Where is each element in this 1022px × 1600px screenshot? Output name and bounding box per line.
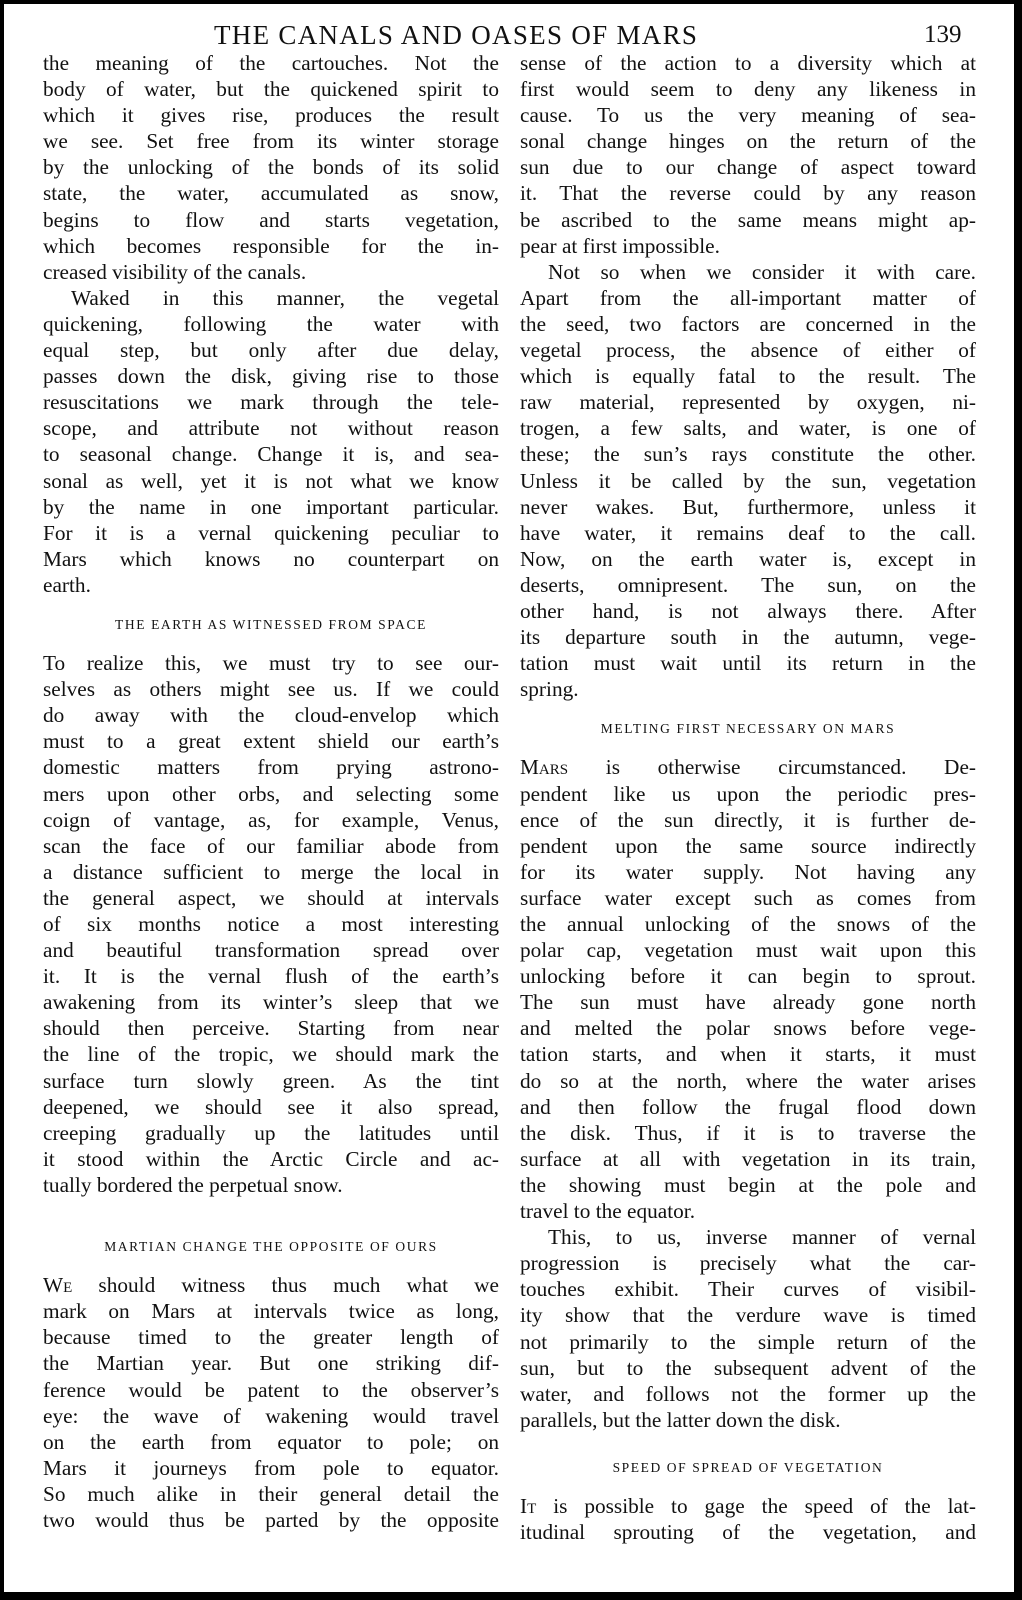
paragraph: sense of the action to a diversity which… — [520, 50, 976, 259]
text-line: sun, but to the subsequent advent of the — [520, 1355, 976, 1381]
text-line: parallels, but the latter down the disk. — [520, 1407, 976, 1433]
text-line: So much alike in their general detail th… — [43, 1481, 499, 1507]
text-line: spring. — [520, 676, 976, 702]
text-line: the disk. Thus, if it is to traverse the — [520, 1120, 976, 1146]
text-line: earth. — [43, 572, 499, 598]
text-line: the Martian year. But one striking dif- — [43, 1350, 499, 1376]
text-line: tually bordered the perpetual snow. — [43, 1172, 499, 1198]
text-line: first would seem to deny any likeness in — [520, 76, 976, 102]
text-line: must to a great extent shield our earth’… — [43, 728, 499, 754]
text-line: Mars which knows no counterpart on — [43, 546, 499, 572]
text-line: water, and follows not the former up the — [520, 1381, 976, 1407]
running-header: THE CANALS AND OASES OF MARS 139 — [4, 18, 1014, 52]
drop-cap-word: Mars — [520, 755, 568, 779]
text-line: to seasonal change. Change it is, and se… — [43, 441, 499, 467]
text-line: creased visibility of the canals. — [43, 259, 499, 285]
text-line: surface turn slowly green. As the tint — [43, 1068, 499, 1094]
text-line: which is equally fatal to the result. Th… — [520, 363, 976, 389]
text-line: by the unlocking of the bonds of its sol… — [43, 154, 499, 180]
text-line: these; the sun’s rays constitute the oth… — [520, 441, 976, 467]
text-line: scope, and attribute not without reason — [43, 415, 499, 441]
paragraph: It is possible to gage the speed of the … — [520, 1493, 976, 1545]
text-line: Waked in this manner, the vegetal — [43, 285, 499, 311]
text-line: by the name in one important particular. — [43, 494, 499, 520]
left-column: the meaning of the cartouches. Not the b… — [43, 50, 499, 1533]
text-line: do so at the north, where the water aris… — [520, 1068, 976, 1094]
text-line: begins to flow and starts vegetation, — [43, 207, 499, 233]
text-line: sun due to our change of aspect toward — [520, 154, 976, 180]
text-line: passes down the disk, giving rise to tho… — [43, 363, 499, 389]
text-line: never wakes. But, furthermore, unless it — [520, 494, 976, 520]
text-line: Apart from the all-important matter of — [520, 285, 976, 311]
running-title: THE CANALS AND OASES OF MARS — [214, 18, 698, 52]
text-line: tation must wait until its return in the — [520, 650, 976, 676]
text-line: vegetal process, the absence of either o… — [520, 337, 976, 363]
text-line: pendent like us upon the periodic pres- — [520, 781, 976, 807]
text-line: mark on Mars at intervals twice as long, — [43, 1298, 499, 1324]
text-line: raw material, represented by oxygen, ni- — [520, 389, 976, 415]
text-line: coign of vantage, as, for example, Venus… — [43, 807, 499, 833]
text-line: surface water except such as comes from — [520, 885, 976, 911]
text-line: progression is precisely what the car- — [520, 1250, 976, 1276]
section-heading: THE EARTH AS WITNESSED FROM SPACE — [43, 612, 499, 638]
text-line: not primarily to the simple return of th… — [520, 1329, 976, 1355]
text-line: This, to us, inverse manner of vernal — [520, 1224, 976, 1250]
text-line: it. That the reverse could by any reason — [520, 180, 976, 206]
paragraph: Not so when we consider it with care. Ap… — [520, 259, 976, 703]
text-line: tation starts, and when it starts, it mu… — [520, 1041, 976, 1067]
text-line: the meaning of the cartouches. Not the — [43, 50, 499, 76]
paragraph: the meaning of the cartouches. Not the b… — [43, 50, 499, 285]
text-line: deserts, omnipresent. The sun, on the — [520, 572, 976, 598]
text-line: of six months notice a most interesting — [43, 911, 499, 937]
text-line: Unless it be called by the sun, vegetati… — [520, 468, 976, 494]
text-line: creeping gradually up the latitudes unti… — [43, 1120, 499, 1146]
text-line: have water, it remains deaf to the call. — [520, 520, 976, 546]
text-line: pendent upon the same source indirectly — [520, 833, 976, 859]
text-line: should then perceive. Starting from near — [43, 1015, 499, 1041]
text-line: polar cap, vegetation must wait upon thi… — [520, 937, 976, 963]
text-line: body of water, but the quickened spirit … — [43, 76, 499, 102]
text-line: eye: the wave of wakening would travel — [43, 1403, 499, 1429]
text-line: be ascribed to the same means might ap- — [520, 207, 976, 233]
text-line: domestic matters from prying astrono- — [43, 754, 499, 780]
text-line: pear at first impossible. — [520, 233, 976, 259]
text-line: the seed, two factors are concerned in t… — [520, 311, 976, 337]
text-line: which becomes responsible for the in- — [43, 233, 499, 259]
text-line: deepened, we should see it also spread, — [43, 1094, 499, 1120]
paragraph: This, to us, inverse manner of vernal pr… — [520, 1224, 976, 1433]
text-line: two would thus be parted by the opposite — [43, 1507, 499, 1533]
text-line: do away with the cloud-envelop which — [43, 702, 499, 728]
text-line: scan the face of our familiar abode from — [43, 833, 499, 859]
text-line: awakening from its winter’s sleep that w… — [43, 989, 499, 1015]
section-heading: MELTING FIRST NECESSARY ON MARS — [520, 716, 976, 742]
text-line: sense of the action to a diversity which… — [520, 50, 976, 76]
page-number: 139 — [924, 18, 962, 52]
text-line: state, the water, accumulated as snow, — [43, 180, 499, 206]
text-line: surface at all with vegetation in its tr… — [520, 1146, 976, 1172]
text-line: its departure south in the autumn, vege- — [520, 624, 976, 650]
text-line: it. It is the vernal flush of the earth’… — [43, 963, 499, 989]
text-line: mers upon other orbs, and selecting some — [43, 781, 499, 807]
document-page: THE CANALS AND OASES OF MARS 139 the mea… — [4, 4, 1014, 1592]
text-line: The sun must have already gone north — [520, 989, 976, 1015]
paragraph: To realize this, we must try to see our-… — [43, 650, 499, 1198]
text-line: sonal change hinges on the return of the — [520, 128, 976, 154]
text-line: We should witness thus much what we — [43, 1272, 499, 1298]
text-line: Not so when we consider it with care. — [520, 259, 976, 285]
text-line: ence of the sun directly, it is further … — [520, 807, 976, 833]
text-line: cause. To us the very meaning of sea- — [520, 102, 976, 128]
paragraph: Waked in this manner, the vegetal quicke… — [43, 285, 499, 598]
text-line: equal step, but only after due delay, — [43, 337, 499, 363]
text-line: resuscitations we mark through the tele- — [43, 389, 499, 415]
paragraph: We should witness thus much what we mark… — [43, 1272, 499, 1533]
text-line: the line of the tropic, we should mark t… — [43, 1041, 499, 1067]
text-line: ference would be patent to the observer’… — [43, 1377, 499, 1403]
text-line: on the earth from equator to pole; on — [43, 1429, 499, 1455]
text-line: because timed to the greater length of — [43, 1324, 499, 1350]
text-line: selves as others might see us. If we cou… — [43, 676, 499, 702]
text-line: trogen, a few salts, and water, is one o… — [520, 415, 976, 441]
text-line: the general aspect, we should at interva… — [43, 885, 499, 911]
text-line: For it is a vernal quickening peculiar t… — [43, 520, 499, 546]
drop-cap-word: It — [520, 1494, 536, 1518]
right-column: sense of the action to a diversity which… — [520, 50, 976, 1545]
text-line: the showing must begin at the pole and — [520, 1172, 976, 1198]
text-line: touches exhibit. Their curves of visibil… — [520, 1276, 976, 1302]
text-line: travel to the equator. — [520, 1198, 976, 1224]
text-line: ity show that the verdure wave is timed — [520, 1302, 976, 1328]
text-line: which it gives rise, produces the result — [43, 102, 499, 128]
text-line: quickening, following the water with — [43, 311, 499, 337]
text-line: Mars is otherwise circumstanced. De- — [520, 754, 976, 780]
text-line: It is possible to gage the speed of the … — [520, 1493, 976, 1519]
text-line: a distance sufficient to merge the local… — [43, 859, 499, 885]
text-line: and melted the polar snows before vege- — [520, 1015, 976, 1041]
text-line: Now, on the earth water is, except in — [520, 546, 976, 572]
text-line: other hand, is not always there. After — [520, 598, 976, 624]
section-heading: MARTIAN CHANGE THE OPPOSITE OF OURS — [43, 1234, 499, 1260]
text-line: we see. Set free from its winter storage — [43, 128, 499, 154]
text-line: To realize this, we must try to see our- — [43, 650, 499, 676]
text-line: and beautiful transformation spread over — [43, 937, 499, 963]
text-line: and then follow the frugal flood down — [520, 1094, 976, 1120]
text-line: it stood within the Arctic Circle and ac… — [43, 1146, 499, 1172]
section-heading: SPEED OF SPREAD OF VEGETATION — [520, 1455, 976, 1481]
text-line: unlocking before it can begin to sprout. — [520, 963, 976, 989]
drop-cap-word: We — [43, 1273, 72, 1297]
text-line: itudinal sprouting of the vegetation, an… — [520, 1519, 976, 1545]
text-line: the annual unlocking of the snows of the — [520, 911, 976, 937]
text-line: Mars it journeys from pole to equator. — [43, 1455, 499, 1481]
text-line: sonal as well, yet it is not what we kno… — [43, 468, 499, 494]
text-line: for its water supply. Not having any — [520, 859, 976, 885]
paragraph: Mars is otherwise circumstanced. De- pen… — [520, 754, 976, 1224]
